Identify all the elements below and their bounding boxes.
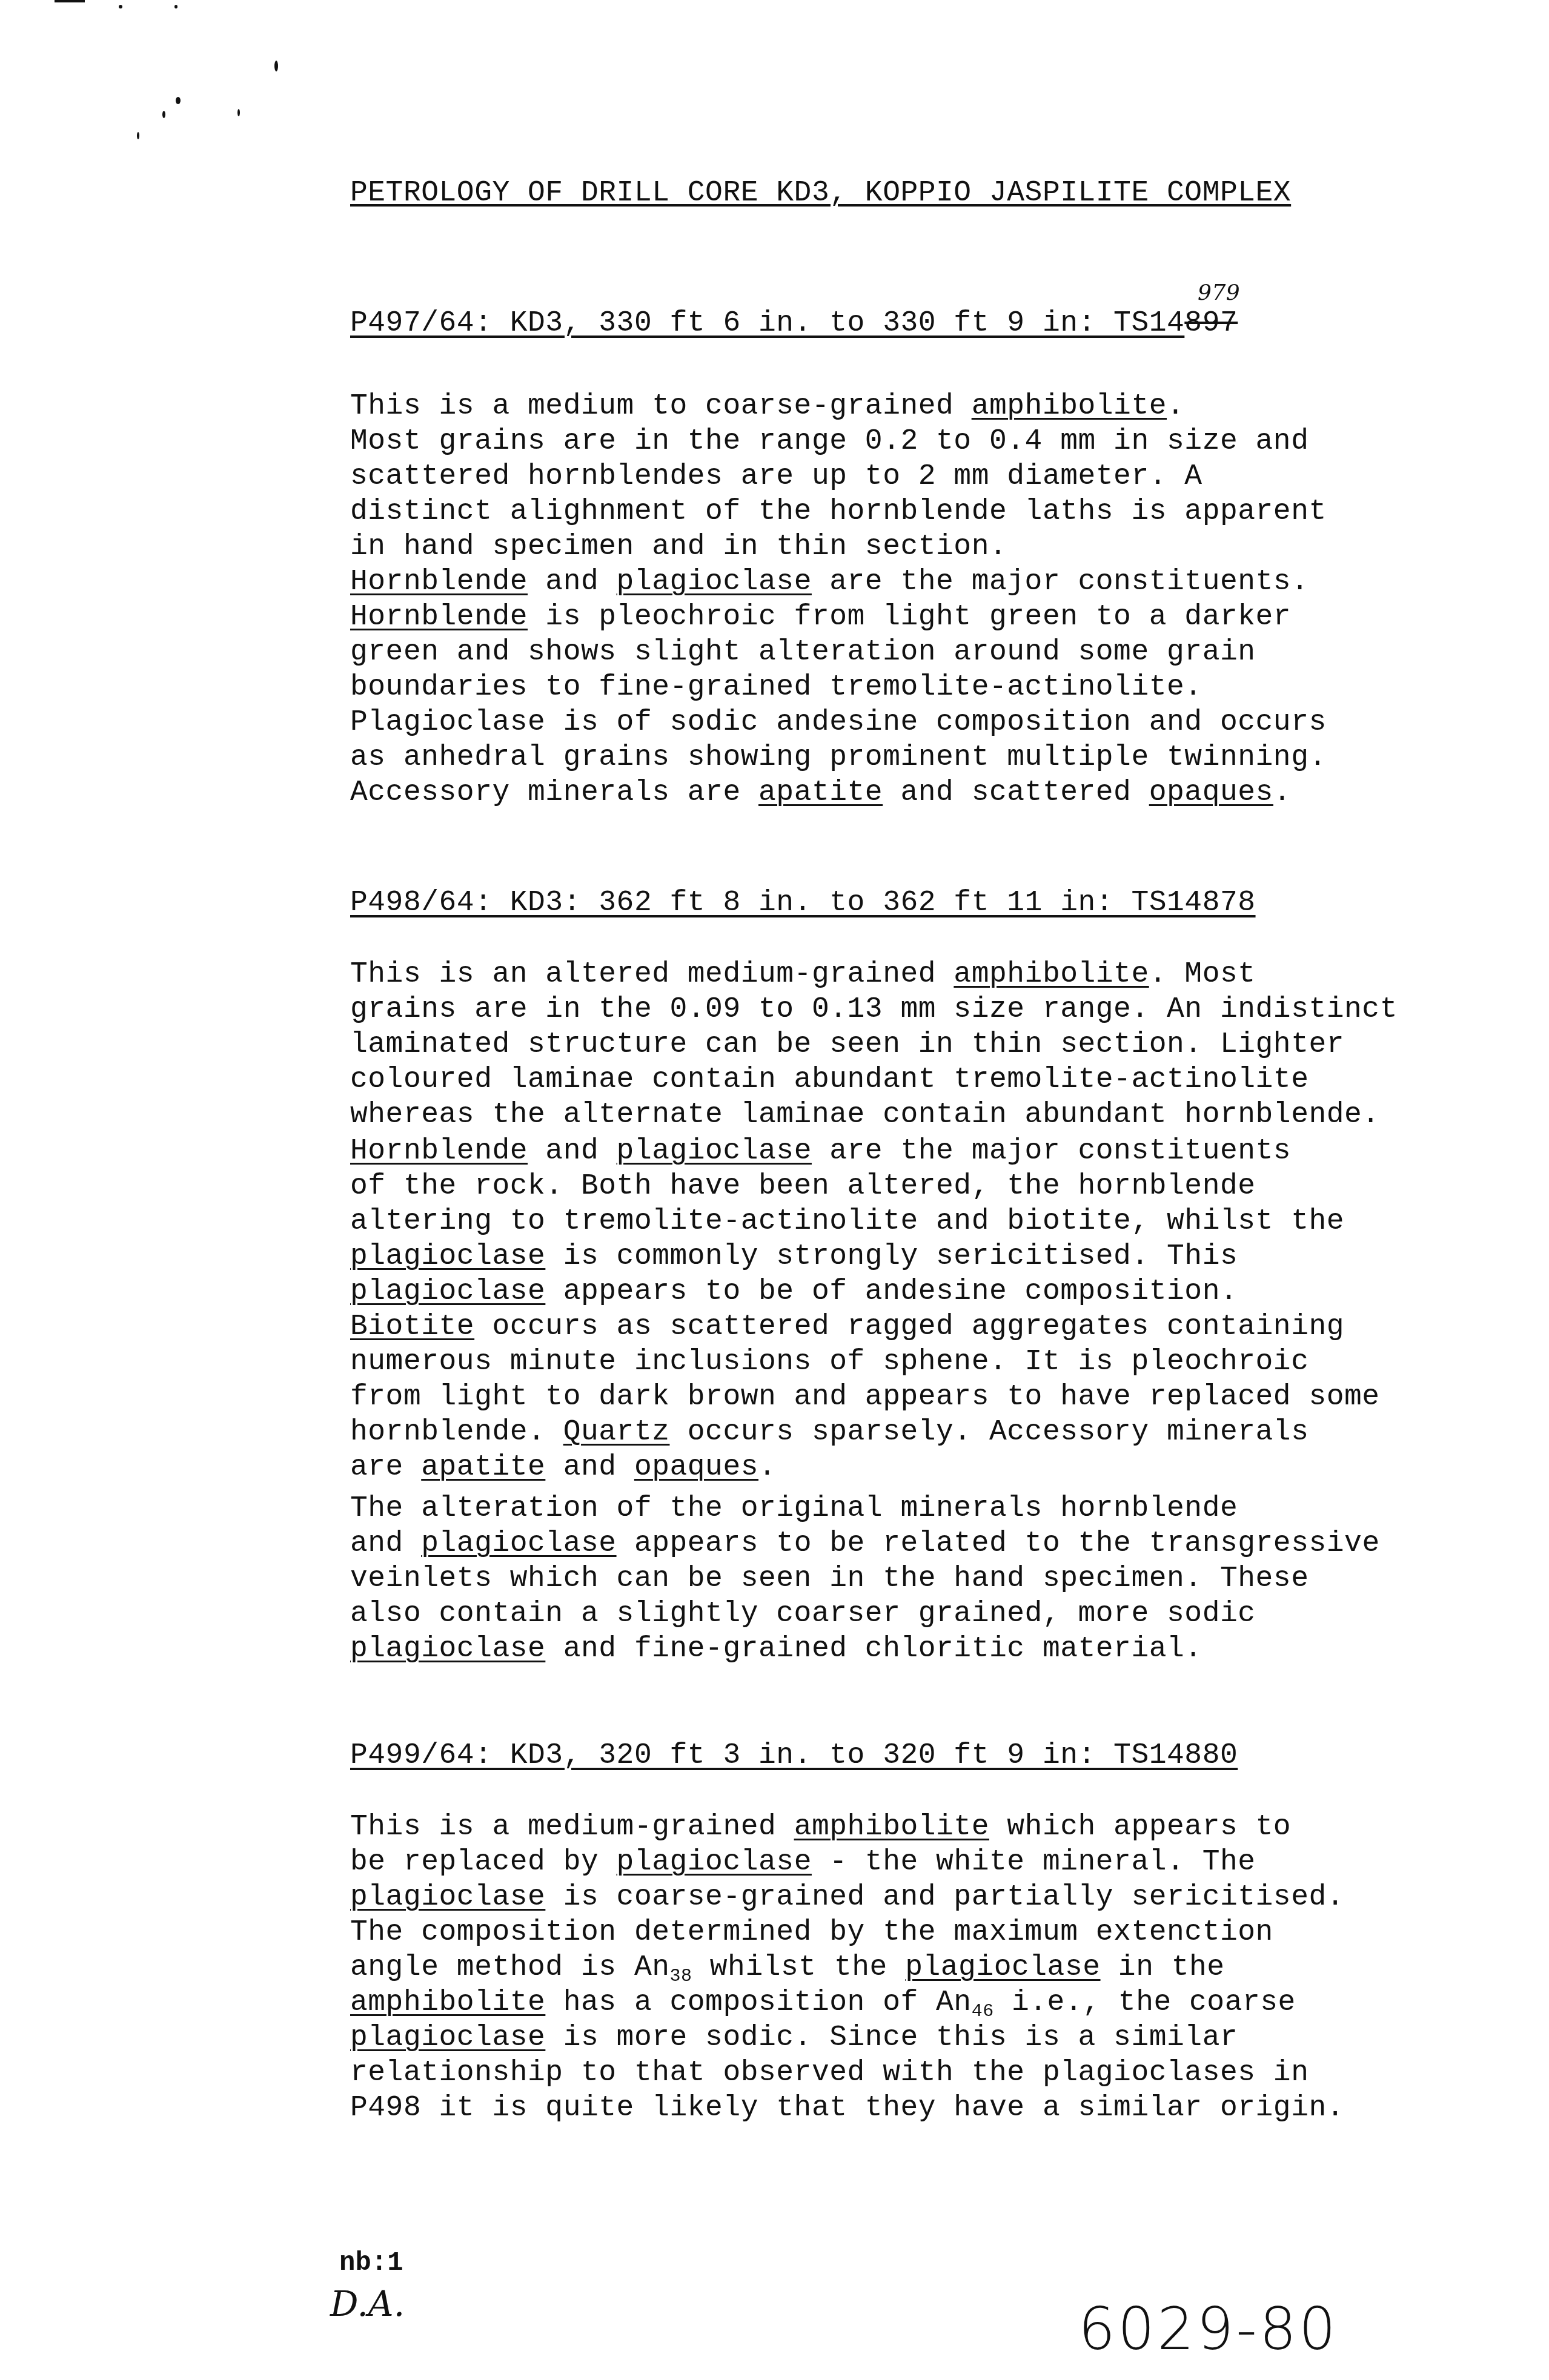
document-page: PETROLOGY OF DRILL CORE KD3, KOPPIO JASP… (0, 0, 1549, 2380)
text-line: plagioclase is more sodic. Since this is… (350, 2020, 1477, 2055)
underlined-term: amphibolite (350, 1986, 545, 2019)
text-line: angle method is An38 whilst the plagiocl… (350, 1950, 1477, 1985)
paragraph: Hornblende and plagioclase are the major… (350, 1134, 1477, 1485)
scan-speck (237, 109, 240, 116)
underlined-term: Hornblende (350, 1135, 528, 1168)
text-line: Accessory minerals are apatite and scatt… (350, 775, 1477, 810)
text-line: altering to tremolite-actinolite and bio… (350, 1204, 1477, 1239)
underlined-term: amphibolite (794, 1811, 989, 1843)
underlined-term: plagioclase (905, 1951, 1100, 1984)
text-line: This is an altered medium-grained amphib… (350, 957, 1477, 992)
text-line: and plagioclase appears to be related to… (350, 1526, 1477, 1561)
text-line: plagioclase is commonly strongly sericit… (350, 1239, 1477, 1274)
text-line: plagioclase appears to be of andesine co… (350, 1274, 1477, 1309)
scan-speck (137, 132, 139, 139)
scan-speck (174, 5, 177, 8)
text-line: laminated structure can be seen in thin … (350, 1027, 1477, 1062)
text-line: Most grains are in the range 0.2 to 0.4 … (350, 424, 1477, 459)
section-heading-p499: P499/64: KD3, 320 ft 3 in. to 320 ft 9 i… (350, 1738, 1238, 1773)
underlined-term: plagioclase (617, 566, 812, 598)
handwritten-correction: 979 (1198, 276, 1240, 311)
text-line: as anhedral grains showing prominent mul… (350, 740, 1477, 775)
underlined-term: apatite (421, 1451, 545, 1484)
underlined-term: plagioclase (617, 1135, 812, 1168)
underlined-term: Hornblende (350, 601, 528, 633)
underlined-term: plagioclase (350, 2021, 545, 2054)
section-heading-text: P497/64: KD3, 330 ft 6 in. to 330 ft 9 i… (350, 307, 1184, 340)
section-heading-p498: P498/64: KD3: 362 ft 8 in. to 362 ft 11 … (350, 885, 1256, 921)
text-line: whereas the alternate laminae contain ab… (350, 1097, 1477, 1132)
text-line: be replaced by plagioclase - the white m… (350, 1845, 1477, 1880)
text-line: in hand specimen and in thin section. (350, 529, 1477, 564)
underlined-term: Quartz (563, 1416, 670, 1449)
text-line: The composition determined by the maximu… (350, 1915, 1477, 1950)
text-line: numerous minute inclusions of sphene. It… (350, 1344, 1477, 1380)
paragraph: This is a medium-grained amphibolite whi… (350, 1810, 1477, 2126)
text-line: also contain a slightly coarser grained,… (350, 1596, 1477, 1631)
scan-speck (119, 5, 122, 8)
underlined-term: plagioclase (421, 1527, 616, 1560)
text-line: hornblende. Quartz occurs sparsely. Acce… (350, 1415, 1477, 1450)
text-line: P498 it is quite likely that they have a… (350, 2091, 1477, 2126)
text-line: The alteration of the original minerals … (350, 1491, 1477, 1526)
text-line: scattered hornblendes are up to 2 mm dia… (350, 459, 1477, 494)
text-line: plagioclase and fine-grained chloritic m… (350, 1631, 1477, 1667)
text-line: veinlets which can be seen in the hand s… (350, 1561, 1477, 1596)
underlined-term: plagioclase (617, 1846, 812, 1879)
text-line: of the rock. Both have been altered, the… (350, 1169, 1477, 1204)
underlined-term: opaques (634, 1451, 758, 1484)
paragraph: This is an altered medium-grained amphib… (350, 957, 1477, 1132)
underlined-term: plagioclase (350, 1881, 545, 1914)
text-line: coloured laminae contain abundant tremol… (350, 1062, 1477, 1097)
text-line: green and shows slight alteration around… (350, 635, 1477, 670)
underlined-term: Biotite (350, 1311, 474, 1343)
typist-reference: nb:1 (339, 2248, 403, 2278)
underlined-term: apatite (758, 776, 883, 809)
scan-speck (55, 0, 85, 2)
text-line: Hornblende and plagioclase are the major… (350, 564, 1477, 600)
text-line: relationship to that observed with the p… (350, 2055, 1477, 2091)
scan-speck (176, 97, 181, 104)
ts-correction: 897979 (1184, 306, 1238, 341)
section-heading-p497: P497/64: KD3, 330 ft 6 in. to 330 ft 9 i… (350, 306, 1238, 341)
underlined-term: plagioclase (350, 1275, 545, 1308)
paragraph: The alteration of the original minerals … (350, 1491, 1477, 1667)
text-line: This is a medium-grained amphibolite whi… (350, 1810, 1477, 1845)
text-line: grains are in the 0.09 to 0.13 mm size r… (350, 992, 1477, 1027)
text-line: Hornblende is pleochroic from light gree… (350, 600, 1477, 635)
underlined-term: opaques (1149, 776, 1273, 809)
text-line: plagioclase is coarse-grained and partia… (350, 1880, 1477, 1915)
text-line: are apatite and opaques. (350, 1450, 1477, 1485)
text-line: from light to dark brown and appears to … (350, 1380, 1477, 1415)
underlined-term: plagioclase (350, 1633, 545, 1665)
text-line: Hornblende and plagioclase are the major… (350, 1134, 1477, 1169)
underlined-term: amphibolite (972, 390, 1167, 423)
underlined-term: plagioclase (350, 1240, 545, 1273)
scan-speck (162, 111, 165, 118)
text-line: distinct alighnment of the hornblende la… (350, 494, 1477, 529)
ts-struck-digits: 897 (1184, 307, 1238, 340)
text-line: amphibolite has a composition of An46 i.… (350, 1985, 1477, 2020)
handwritten-document-number: 6029-80 (1078, 2295, 1338, 2363)
underlined-term: amphibolite (954, 958, 1149, 991)
paragraph: Hornblende and plagioclase are the major… (350, 564, 1477, 810)
paragraph: This is a medium to coarse-grained amphi… (350, 389, 1477, 564)
text-line: boundaries to fine-grained tremolite-act… (350, 670, 1477, 705)
text-line: Plagioclase is of sodic andesine composi… (350, 705, 1477, 740)
document-title: PETROLOGY OF DRILL CORE KD3, KOPPIO JASP… (350, 176, 1291, 211)
underlined-term: Hornblende (350, 566, 528, 598)
text-line: This is a medium to coarse-grained amphi… (350, 389, 1477, 424)
text-line: Biotite occurs as scattered ragged aggre… (350, 1309, 1477, 1344)
handwritten-initials: D.A. (330, 2283, 405, 2324)
scan-speck (274, 61, 278, 71)
